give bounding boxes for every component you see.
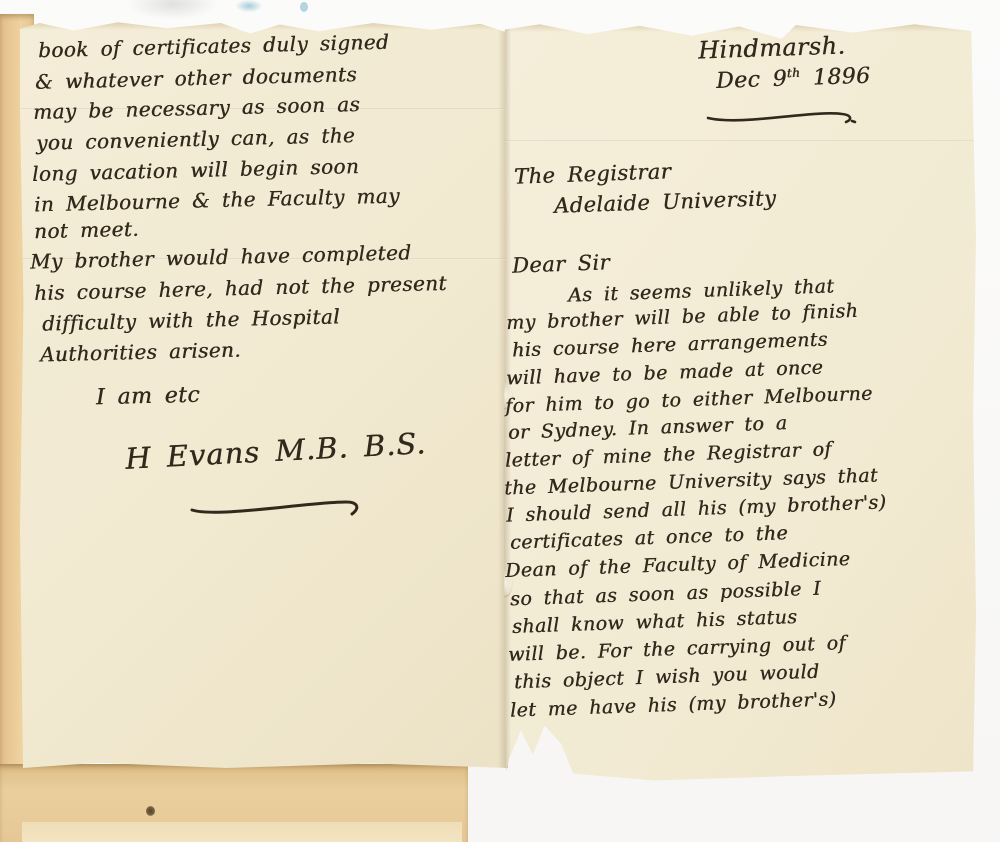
- handwritten-line: his course here, had not the present: [34, 271, 447, 305]
- blue-ink-smudge: [236, 0, 262, 12]
- scanner-smudge: [128, 0, 218, 20]
- date-flourish: [702, 102, 862, 128]
- letter-page-right: Hindmarsh. Dec 9th 1896 The Registrar Ad…: [502, 22, 976, 782]
- blue-ink-smudge: [300, 2, 308, 12]
- date-suffix: th: [787, 66, 801, 80]
- handwritten-line: so that as soon as possible I: [510, 578, 822, 611]
- handwritten-line: for him to go to either Melbourne: [505, 383, 873, 418]
- handwritten-line: may be necessary as soon as: [33, 92, 361, 124]
- handwritten-line: long vacation will begin soon: [32, 154, 360, 186]
- handwritten-line: Dean of the Faculty of Medicine: [505, 548, 851, 582]
- recipient-line: Adelaide University: [554, 186, 777, 218]
- handwritten-line: let me have his (my brother's): [510, 688, 837, 721]
- closing-line: I am etc: [96, 383, 201, 411]
- handwritten-line: not meet.: [34, 217, 140, 244]
- handwritten-line: shall know what his status: [512, 606, 798, 638]
- handwritten-line: you conveniently can, as the: [36, 123, 356, 155]
- handwritten-line: certificates at once to the: [510, 522, 789, 554]
- letter-page-left: book of certificates duly signed & whate…: [20, 20, 510, 768]
- handwritten-line: or Sydney. In answer to a: [508, 412, 788, 444]
- letter-scan: book of certificates duly signed & whate…: [0, 0, 1000, 842]
- handwritten-line: Authorities arisen.: [40, 338, 241, 367]
- page-edge-tint: [20, 20, 510, 30]
- handwritten-line: his course here arrangements: [512, 328, 829, 361]
- date-year: 1896: [800, 64, 871, 91]
- handwritten-line: difficulty with the Hospital: [42, 304, 340, 335]
- salutation: Dear Sir: [512, 250, 611, 277]
- letter-place: Hindmarsh.: [698, 31, 846, 64]
- page-edge-tint: [502, 22, 976, 32]
- letter-date: Dec 9th 1896: [716, 63, 871, 94]
- handwritten-line: in Melbourne & the Faculty may: [34, 184, 400, 217]
- handwritten-line: this object I wish you would: [514, 661, 820, 694]
- date-day: Dec 9: [716, 67, 788, 94]
- handwritten-line: & whatever other documents: [35, 62, 358, 94]
- underlying-page-band: [22, 822, 462, 842]
- signature-flourish: [188, 492, 368, 522]
- handwritten-line: will have to be made at once: [506, 356, 824, 389]
- handwritten-line: letter of mine the Registrar of: [505, 438, 832, 471]
- paper-crease: [502, 140, 976, 142]
- handwritten-line: book of certificates duly signed: [38, 30, 390, 63]
- ink-spot: [146, 806, 155, 816]
- recipient-line: The Registrar: [514, 159, 672, 188]
- signature: H Evans M.B. B.S.: [124, 426, 427, 476]
- handwritten-line: My brother would have completed: [30, 240, 412, 273]
